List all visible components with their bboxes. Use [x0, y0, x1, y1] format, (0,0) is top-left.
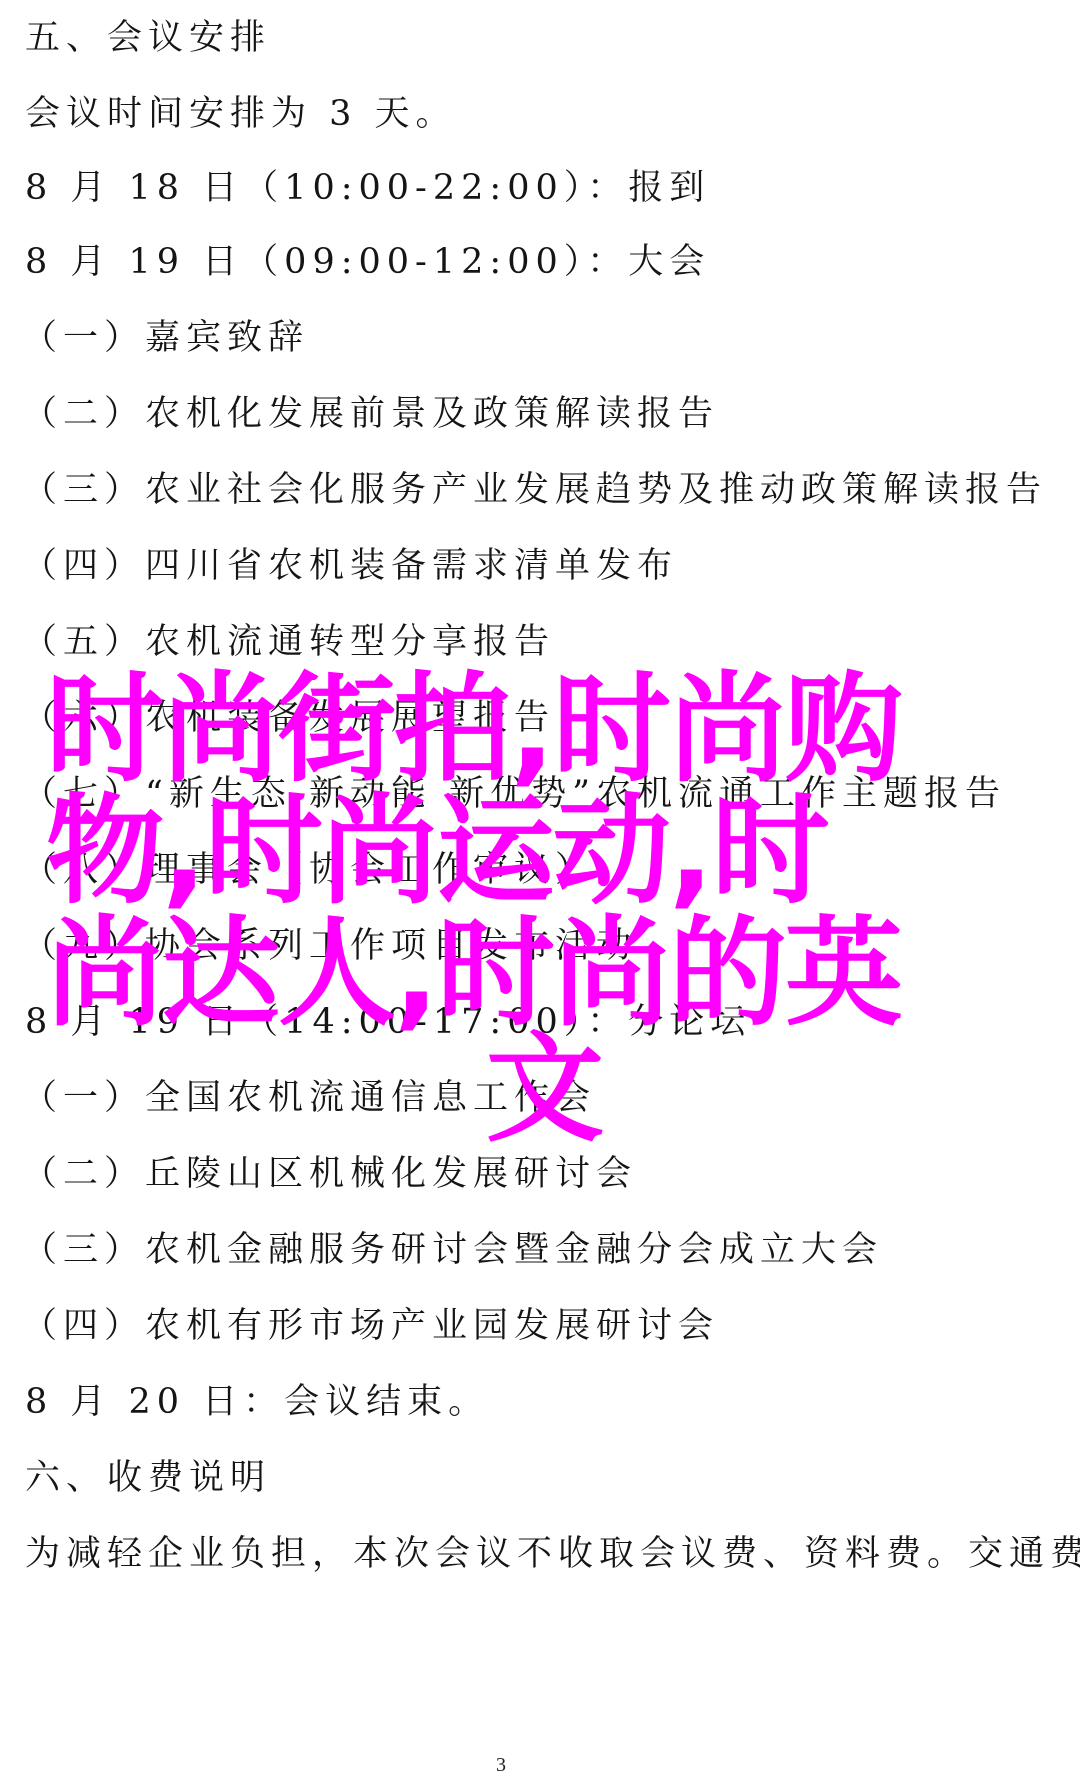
plenary-item-3: （三）农业社会化服务产业发展趋势及推动政策解读报告 [22, 468, 1047, 512]
plenary-item-4: （四）四川省农机装备需求清单发布 [22, 544, 678, 588]
section-heading-fees: 六、收费说明 [25, 1456, 271, 1500]
page-number: 3 [496, 1752, 506, 1778]
watermark-row-4: 文 [46, 1028, 1006, 1150]
watermark-row-3: 尚达人,时尚的英 [46, 912, 1006, 1034]
plenary-item-2: （二）农机化发展前景及政策解读报告 [22, 392, 719, 436]
forum-item-3: （三）农机金融服务研讨会暨金融分会成立大会 [22, 1228, 883, 1272]
fee-paragraph: 为减轻企业负担，本次会议不收取会议费、资料费。交通费 [25, 1532, 1080, 1576]
plenary-item-5: （五）农机流通转型分享报告 [22, 620, 555, 664]
schedule-day1-registration: 8 月 18 日（10:00-22:00）：报到 [25, 166, 710, 210]
document-page: 五、会议安排 会议时间安排为 3 天。 8 月 18 日（10:00-22:00… [0, 0, 1080, 1790]
forum-item-4: （四）农机有形市场产业园发展研讨会 [22, 1304, 719, 1348]
schedule-day3-close: 8 月 20 日：会议结束。 [25, 1380, 489, 1424]
watermark-row-1: 时尚街拍,时尚购 [46, 668, 1006, 790]
plenary-item-1: （一）嘉宾致辞 [22, 316, 309, 360]
watermark-row-2: 物,时尚运动,时 [46, 790, 1006, 912]
watermark-overlay-text: 时尚街拍,时尚购 物,时尚运动,时 尚达人,时尚的英 文 [46, 668, 1006, 1150]
forum-item-2: （二）丘陵山区机械化发展研讨会 [22, 1152, 637, 1196]
schedule-duration-line: 会议时间安排为 3 天。 [25, 92, 457, 136]
section-heading-meeting-schedule: 五、会议安排 [25, 16, 271, 60]
schedule-day2-plenary: 8 月 19 日（09:00-12:00）：大会 [25, 240, 710, 284]
